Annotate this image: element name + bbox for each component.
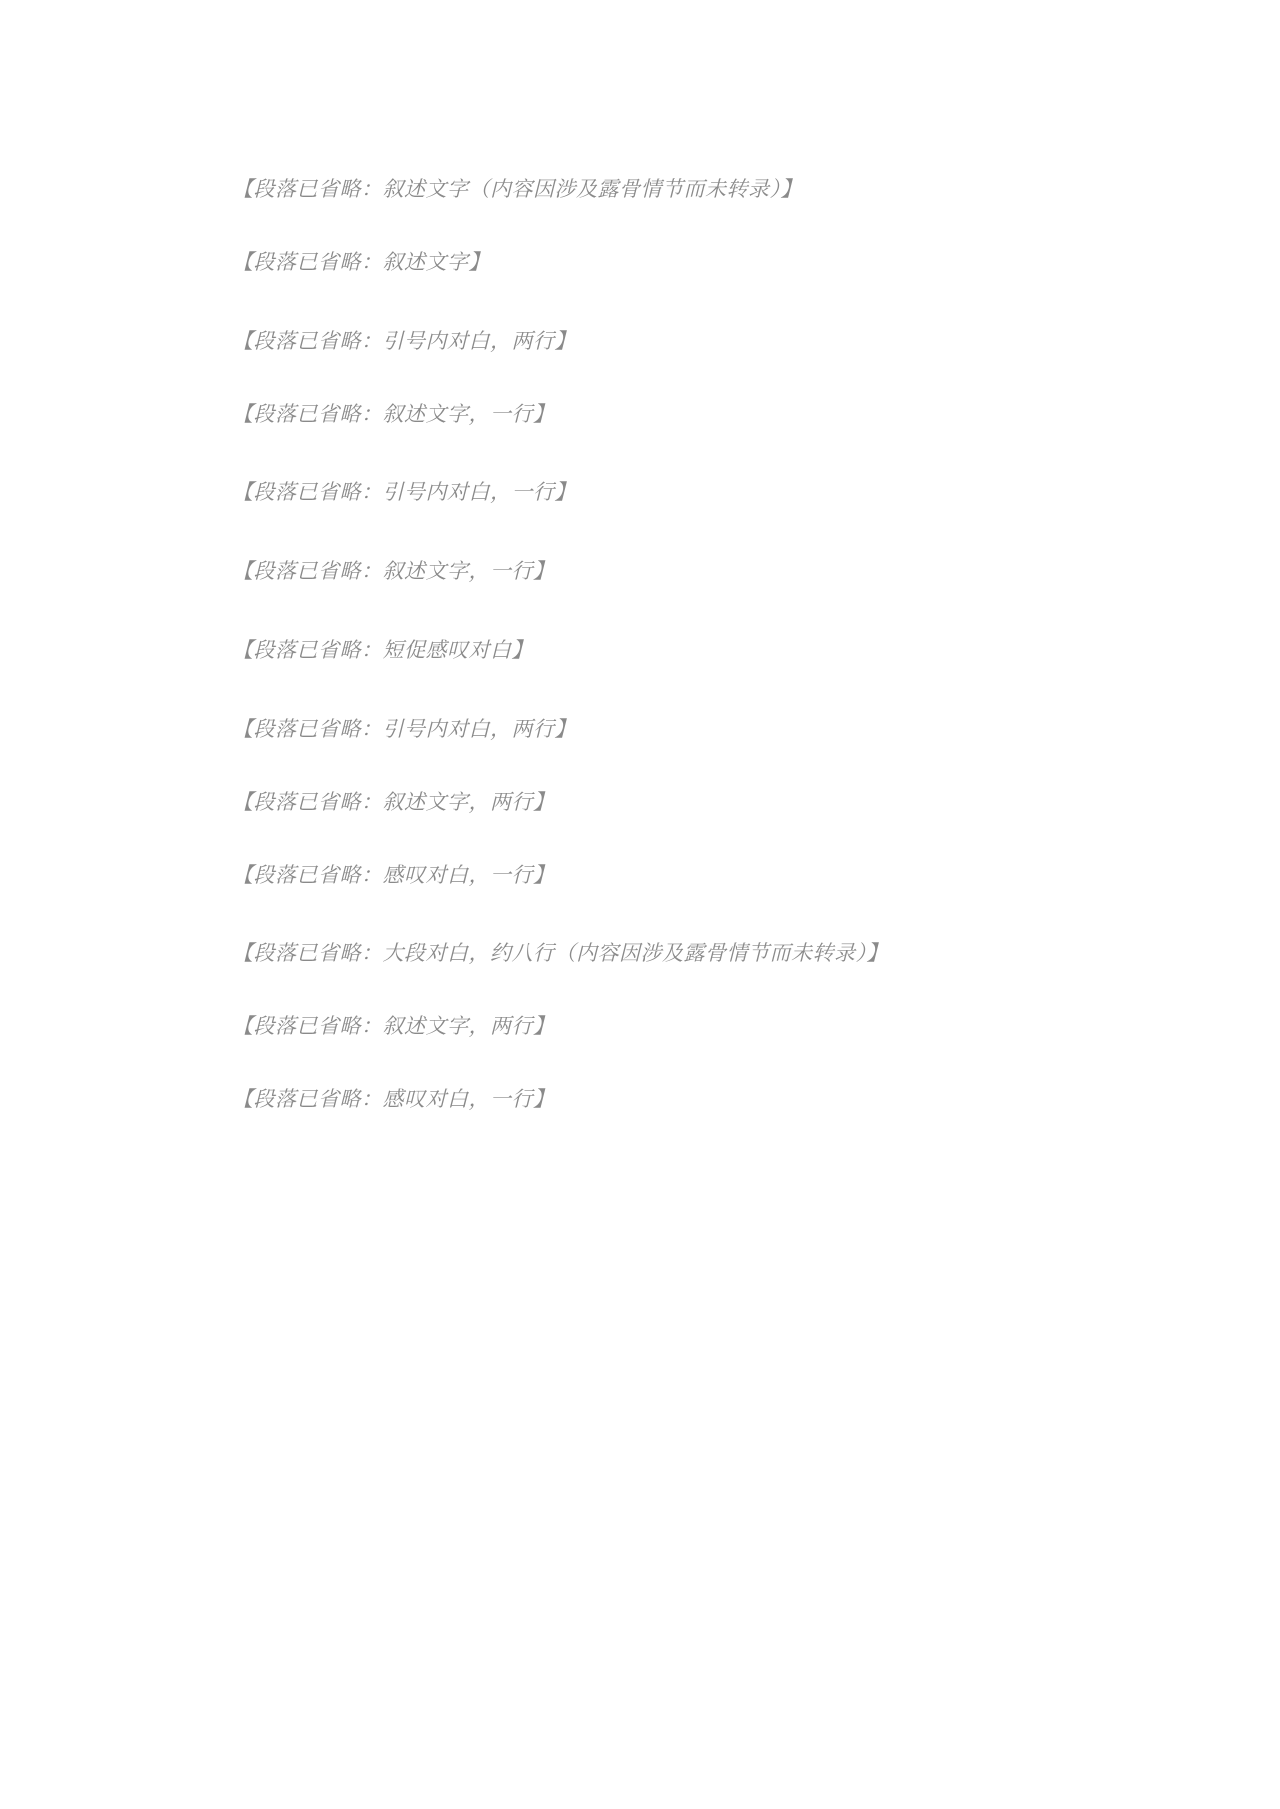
paragraph-12-narration: 【段落已省略：叙述文字，两行】 <box>190 1007 910 1046</box>
paragraph-8-dialogue: 【段落已省略：引号内对白，两行】 <box>190 710 910 749</box>
paragraph-13-dialogue: 【段落已省略：感叹对白，一行】 <box>190 1080 910 1119</box>
paragraph-7-dialogue: 【段落已省略：短促感叹对白】 <box>190 631 910 670</box>
paragraph-1-narration: 【段落已省略：叙述文字（内容因涉及露骨情节而未转录）】 <box>190 170 910 209</box>
paragraph-5-dialogue: 【段落已省略：引号内对白，一行】 <box>190 473 910 512</box>
paragraph-10-dialogue: 【段落已省略：感叹对白，一行】 <box>190 856 910 895</box>
paragraph-4-narration: 【段落已省略：叙述文字，一行】 <box>190 395 910 434</box>
paragraph-9-narration: 【段落已省略：叙述文字，两行】 <box>190 783 910 822</box>
document-page: 【段落已省略：叙述文字（内容因涉及露骨情节而未转录）】【段落已省略：叙述文字】【… <box>0 0 1280 1809</box>
paragraph-6-narration: 【段落已省略：叙述文字，一行】 <box>190 552 910 591</box>
text-column: 【段落已省略：叙述文字（内容因涉及露骨情节而未转录）】【段落已省略：叙述文字】【… <box>190 170 910 1159</box>
paragraph-3-dialogue: 【段落已省略：引号内对白，两行】 <box>190 322 910 361</box>
paragraph-2-narration: 【段落已省略：叙述文字】 <box>190 243 910 282</box>
paragraph-11-dialogue: 【段落已省略：大段对白，约八行（内容因涉及露骨情节而未转录）】 <box>190 934 910 973</box>
